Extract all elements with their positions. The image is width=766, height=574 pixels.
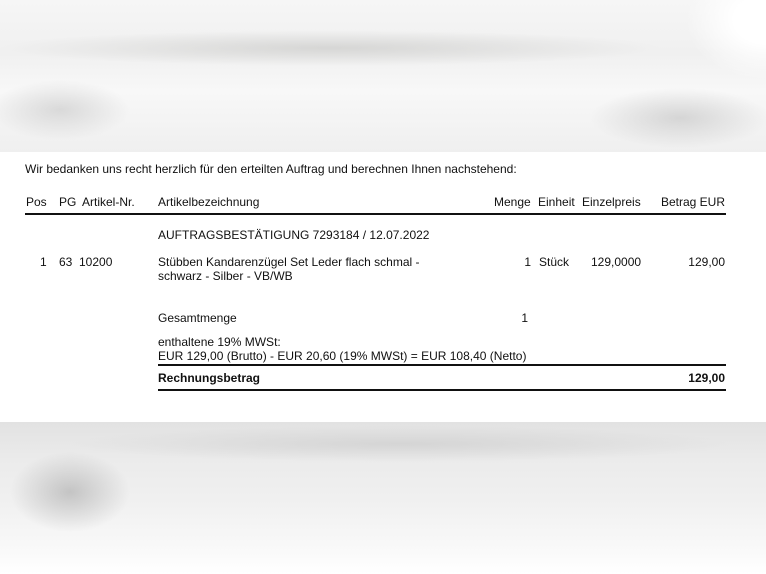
header-pos: Pos	[26, 195, 47, 209]
header-betrag: Betrag EUR	[661, 195, 725, 209]
gesamtmenge-value: 1	[521, 311, 528, 325]
row-pg: 63	[59, 255, 72, 269]
total-top-divider	[158, 364, 726, 366]
vat-label: enthaltene 19% MWSt:	[158, 335, 281, 349]
row-einheit: Stück	[539, 255, 569, 269]
header-divider	[25, 213, 726, 215]
header-einheit: Einheit	[538, 195, 575, 209]
header-menge: Menge	[494, 195, 531, 209]
row-einzelpreis: 129,0000	[591, 255, 641, 269]
header-einzelpreis: Einzelpreis	[582, 195, 641, 209]
blurred-header-region	[0, 0, 766, 152]
header-bezeichnung: Artikelbezeichnung	[158, 195, 259, 209]
total-value: 129,00	[688, 371, 725, 385]
vat-breakdown: EUR 129,00 (Brutto) - EUR 20,60 (19% MWS…	[158, 349, 526, 363]
header-artikel-nr: Artikel-Nr.	[82, 195, 135, 209]
header-pg: PG	[59, 195, 76, 209]
intro-text: Wir bedanken uns recht herzlich für den …	[25, 162, 517, 176]
row-bezeichnung-line2: schwarz - Silber - VB/WB	[158, 269, 293, 283]
row-betrag: 129,00	[688, 255, 725, 269]
gesamtmenge-label: Gesamtmenge	[158, 311, 237, 325]
order-reference: AUFTRAGSBESTÄTIGUNG 7293184 / 12.07.2022	[158, 228, 429, 242]
total-label: Rechnungsbetrag	[158, 371, 260, 385]
invoice-document: Wir bedanken uns recht herzlich für den …	[0, 152, 766, 422]
blurred-footer-region	[0, 422, 766, 574]
row-bezeichnung-line1: Stübben Kandarenzügel Set Leder flach sc…	[158, 255, 420, 269]
row-pos: 1	[40, 255, 47, 269]
row-artikel-nr: 10200	[79, 255, 112, 269]
total-bottom-divider	[158, 389, 726, 391]
row-menge: 1	[524, 255, 531, 269]
